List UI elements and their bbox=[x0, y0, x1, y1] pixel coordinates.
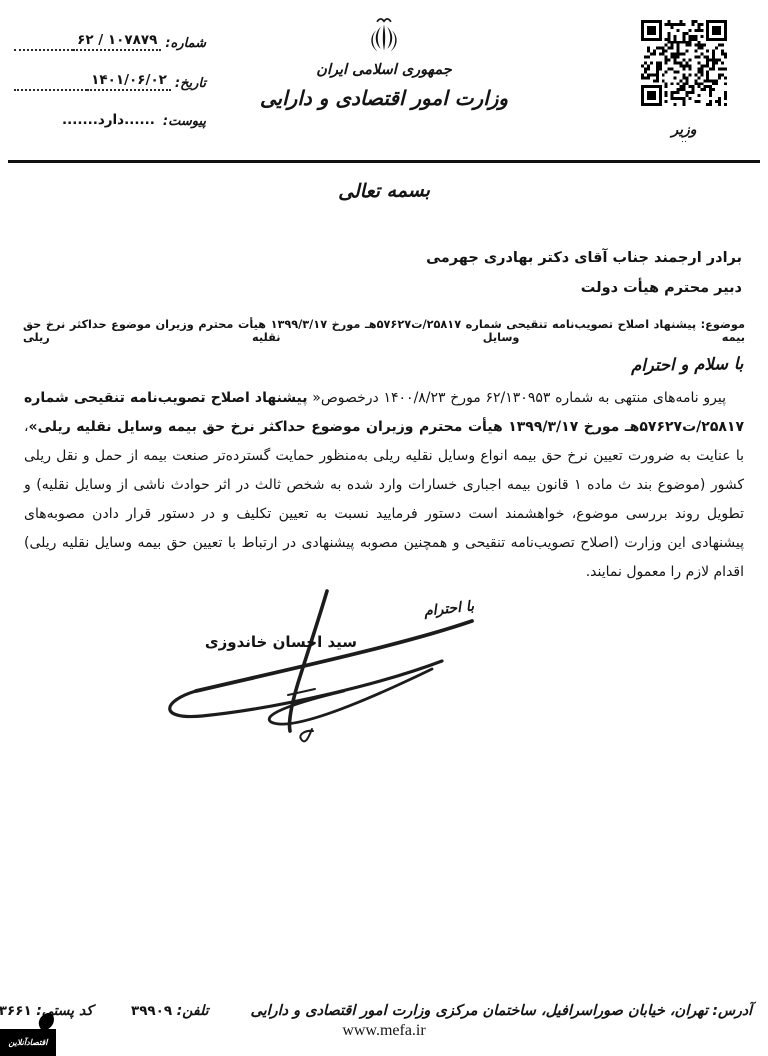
address: آدرس: تهران، خیابان صوراسرافیل، ساختمان … bbox=[250, 1003, 752, 1019]
number-label: شماره: bbox=[165, 36, 206, 51]
date-value: ۱۴۰۱/۰۶/۰۲ bbox=[87, 72, 171, 91]
phone-label: تلفن: bbox=[177, 1003, 209, 1019]
attachment-field: پیوست: ......دارد....... bbox=[14, 112, 206, 129]
addressee-block: برادر ارجمند جناب آقای دکتر بهادری جهرمی… bbox=[426, 243, 742, 303]
letterhead-right: وزیر .. bbox=[640, 20, 728, 142]
date-label: تاریخ: bbox=[175, 76, 206, 91]
qr-code-icon bbox=[641, 20, 727, 106]
header-divider bbox=[8, 160, 760, 163]
address-value: تهران، خیابان صوراسرافیل، ساختمان مرکزی … bbox=[250, 1003, 707, 1019]
minister-mark: .. bbox=[640, 138, 728, 142]
body-paragraph: پیرو نامه‌های منتهی به شماره ۶۲/۱۳۰۹۵۳ م… bbox=[24, 384, 744, 587]
date-field: تاریخ: ۱۴۰۱/۰۶/۰۲ bbox=[14, 72, 206, 91]
ministry-title: وزارت امور اقتصادی و دارایی bbox=[234, 86, 534, 110]
address-label: آدرس: bbox=[712, 1003, 752, 1019]
footer: آدرس: تهران، خیابان صوراسرافیل، ساختمان … bbox=[0, 1003, 768, 1040]
signature-block: با احترام سید احسان خاندوزی bbox=[140, 583, 492, 753]
watermark-text: اقتصادآنلاین bbox=[0, 1029, 56, 1056]
watermark-logo: اقتصادآنلاین bbox=[0, 1012, 70, 1056]
footer-contact-line: آدرس: تهران، خیابان صوراسرافیل، ساختمان … bbox=[0, 1003, 768, 1019]
subject-line: موضوع: پیشنهاد اصلاح تصویب‌نامه تنقیحی ش… bbox=[23, 318, 745, 344]
phone-value: ۳۹۹۰۹ bbox=[131, 1003, 172, 1019]
attachment-value: ......دارد....... bbox=[58, 112, 159, 129]
letter-page: شماره: ۶۲ / ۱۰۷۸۷۹ تاریخ: ۱۴۰۱/۰۶/۰۲ پیو… bbox=[0, 0, 768, 1056]
body-segment: پیرو نامه‌های منتهی به شماره ۶۲/۱۳۰۹۵۳ م… bbox=[308, 390, 726, 406]
basmala: بسمه تعالی bbox=[0, 173, 768, 208]
body-segment: ، با عنایت به ضرورت تعیین نرخ حق بیمه ان… bbox=[24, 419, 744, 580]
letterhead-center: جمهوری اسلامی ایران وزارت امور اقتصادی و… bbox=[234, 14, 534, 110]
subject-label: موضوع: bbox=[701, 318, 745, 331]
addressee-role: دبیر محترم هیأت دولت bbox=[426, 273, 742, 303]
number-field: شماره: ۶۲ / ۱۰۷۸۷۹ bbox=[14, 32, 206, 51]
website-url: www.mefa.ir bbox=[0, 1022, 768, 1040]
dotted-line bbox=[14, 88, 87, 91]
salutation: با سلام و احترام bbox=[630, 354, 743, 375]
attachment-label: پیوست: bbox=[163, 114, 206, 129]
letterhead-fields: شماره: ۶۲ / ۱۰۷۸۷۹ تاریخ: ۱۴۰۱/۰۶/۰۲ پیو… bbox=[14, 32, 206, 150]
signer-name: سید احسان خاندوزی bbox=[205, 633, 357, 651]
dotted-line bbox=[14, 48, 73, 51]
phone: تلفن: ۳۹۹۰۹ bbox=[131, 1003, 209, 1019]
iran-national-emblem-icon bbox=[363, 14, 405, 56]
republic-title: جمهوری اسلامی ایران bbox=[234, 62, 534, 78]
addressee-name: برادر ارجمند جناب آقای دکتر بهادری جهرمی bbox=[426, 243, 742, 273]
subject-text: پیشنهاد اصلاح تصویب‌نامه تنقیحی شماره ۲۵… bbox=[23, 318, 745, 344]
number-value: ۶۲ / ۱۰۷۸۷۹ bbox=[73, 32, 161, 51]
